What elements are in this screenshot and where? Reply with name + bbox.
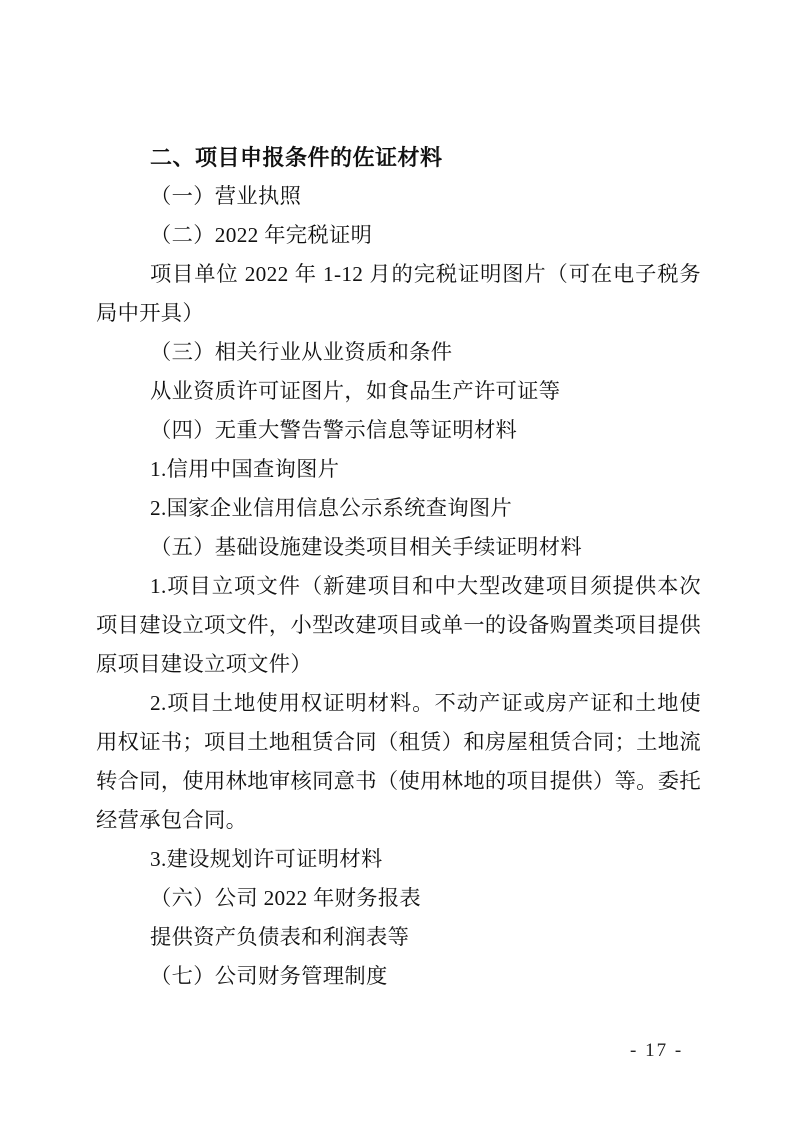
paragraph-item-5-sub-2: 2.项目土地使用权证明材料。不动产证或房产证和土地使用权证书；项目土地租赁合同（… <box>96 684 701 840</box>
page-number: - 17 - <box>630 1040 683 1062</box>
paragraph-item-4-sub-1: 1.信用中国查询图片 <box>96 450 701 489</box>
paragraph-finance-note: 提供资产负债表和利润表等 <box>96 918 701 957</box>
paragraph-item-4-sub-2: 2.国家企业信用信息公示系统查询图片 <box>96 489 701 528</box>
paragraph-item-5: （五）基础设施建设类项目相关手续证明材料 <box>96 528 701 567</box>
paragraph-item-3: （三）相关行业从业资质和条件 <box>96 333 701 372</box>
paragraph-item-7: （七）公司财务管理制度 <box>96 957 701 996</box>
paragraph-item-5-sub-3: 3.建设规划许可证明材料 <box>96 840 701 879</box>
paragraph-item-5-sub-1: 1.项目立项文件（新建项目和中大型改建项目须提供本次项目建设立项文件，小型改建项… <box>96 567 701 684</box>
paragraph-item-1: （一）营业执照 <box>96 177 701 216</box>
document-page: 二、项目申报条件的佐证材料 （一）营业执照 （二）2022 年完税证明 项目单位… <box>0 0 793 1122</box>
paragraph-item-4: （四）无重大警告警示信息等证明材料 <box>96 411 701 450</box>
paragraph-qualification-note: 从业资质许可证图片，如食品生产许可证等 <box>96 372 701 411</box>
section-heading: 二、项目申报条件的佐证材料 <box>96 138 701 177</box>
paragraph-tax-proof-note: 项目单位 2022 年 1-12 月的完税证明图片（可在电子税务局中开具） <box>96 255 701 333</box>
document-body: 二、项目申报条件的佐证材料 （一）营业执照 （二）2022 年完税证明 项目单位… <box>0 0 793 996</box>
paragraph-item-6: （六）公司 2022 年财务报表 <box>96 879 701 918</box>
paragraph-item-2: （二）2022 年完税证明 <box>96 216 701 255</box>
